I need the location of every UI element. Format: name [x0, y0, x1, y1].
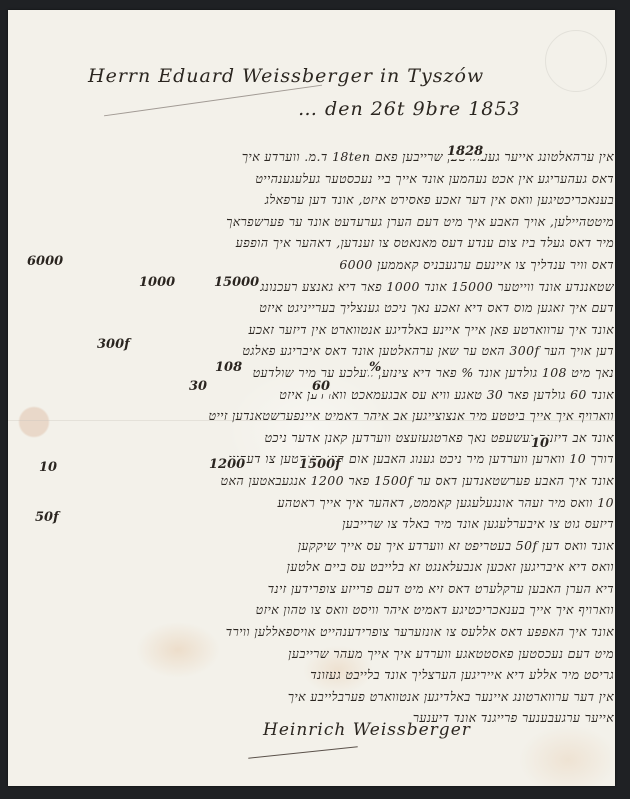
numeral: 60 — [311, 379, 331, 394]
body-line: 10 וואס מיר זעהר אונגעלעגען קאממט, דאהער… — [16, 492, 614, 514]
body-line: אין דער ערווארטונג איינער באלדיגען אנטוו… — [16, 686, 614, 708]
body-line: אונד וואס דען 50f בעטריפט זא ווערדע איך … — [16, 535, 614, 557]
body-line: מיר דאס געלד ביז צום ענדע דעס מאנאטס צו … — [16, 232, 614, 254]
letter-paper: Herrn Eduard Weissberger in Tyszów … den… — [8, 10, 615, 786]
body-line: בענאכריכטיגען וואס אין דער זאכע פאסירט א… — [16, 189, 614, 211]
signature-flourish — [248, 746, 358, 758]
numeral: 15000 — [213, 275, 260, 290]
body-line: דיא הערן האבען ערקלערט דאס זיא מיט דעם פ… — [16, 578, 614, 600]
body-line: אין ערהאלטונג אייער געעהרטען שרייבען פאם… — [16, 146, 614, 168]
address-flourish — [104, 85, 322, 117]
letter-address: Herrn Eduard Weissberger in Tyszów — [88, 65, 484, 87]
numeral: 6000 — [26, 254, 64, 269]
numeral: 1500f — [298, 457, 342, 472]
letter-date: … den 26t 9bre 1853 — [298, 98, 521, 120]
numeral: 1200 — [208, 457, 246, 472]
body-line: אונד איך האפפע דאס אללעס צו אונזערער צופ… — [16, 621, 614, 643]
body-line: וואס דיא איבריגען זאכען אנבעלאנגט זא בלי… — [16, 556, 614, 578]
numeral: 1000 — [138, 275, 176, 290]
body-line: ווארויף איך אייך בענאכריכטיגע דאמיט איהר… — [16, 599, 614, 621]
body-line: גריסט מיר אללע דיא אייריגען הערצליך אונד… — [16, 664, 614, 686]
body-line: אונד איך האבע פערשטאנדען דאס ער 1500f פא… — [16, 470, 614, 492]
numeral: 1828 — [446, 144, 484, 159]
body-line: מיטטהיילען, אויך האבע איך מיט דעם הערן ג… — [16, 211, 614, 233]
body-line: דאס געהעריגע אין אכט נעהמען אונד אייך בי… — [16, 168, 614, 190]
body-line: דעם איך זאגען מוס דאס דיא זאכע נאך ניכט … — [16, 297, 614, 319]
body-line: דאס וויר ענדליך צו איינעם ערגעבניס קאממע… — [16, 254, 614, 276]
body-line: שטאננדע אונד ווייטער 15000 אונד 1000 פאר… — [16, 276, 614, 298]
numeral: 108 — [214, 360, 243, 375]
numeral: % — [368, 360, 382, 375]
numeral: 50f — [34, 510, 60, 525]
embossed-stamp — [545, 30, 607, 92]
body-line: מיט דעם נעכסטען פאסטטאגע ווערדע איך אייך… — [16, 643, 614, 665]
numeral: 300f — [96, 337, 131, 352]
signature: Heinrich Weissberger — [263, 720, 471, 740]
numeral: 10 — [38, 460, 58, 475]
body-line: דיזעס גוט צו איבערלעגען אונד מיר באלד צו… — [16, 513, 614, 535]
numeral: 10 — [530, 436, 550, 451]
numeral: 30 — [188, 379, 208, 394]
body-line: ווארויף איך אייך ביטטע מיר אנצוצייגען אב… — [16, 405, 614, 427]
body-line: אונד אב דיזעס געשעפט נאך פארטגעזעצט ווער… — [16, 427, 614, 449]
letter-body: אין ערהאלטונג אייער געעהרטען שרייבען פאם… — [16, 146, 614, 729]
